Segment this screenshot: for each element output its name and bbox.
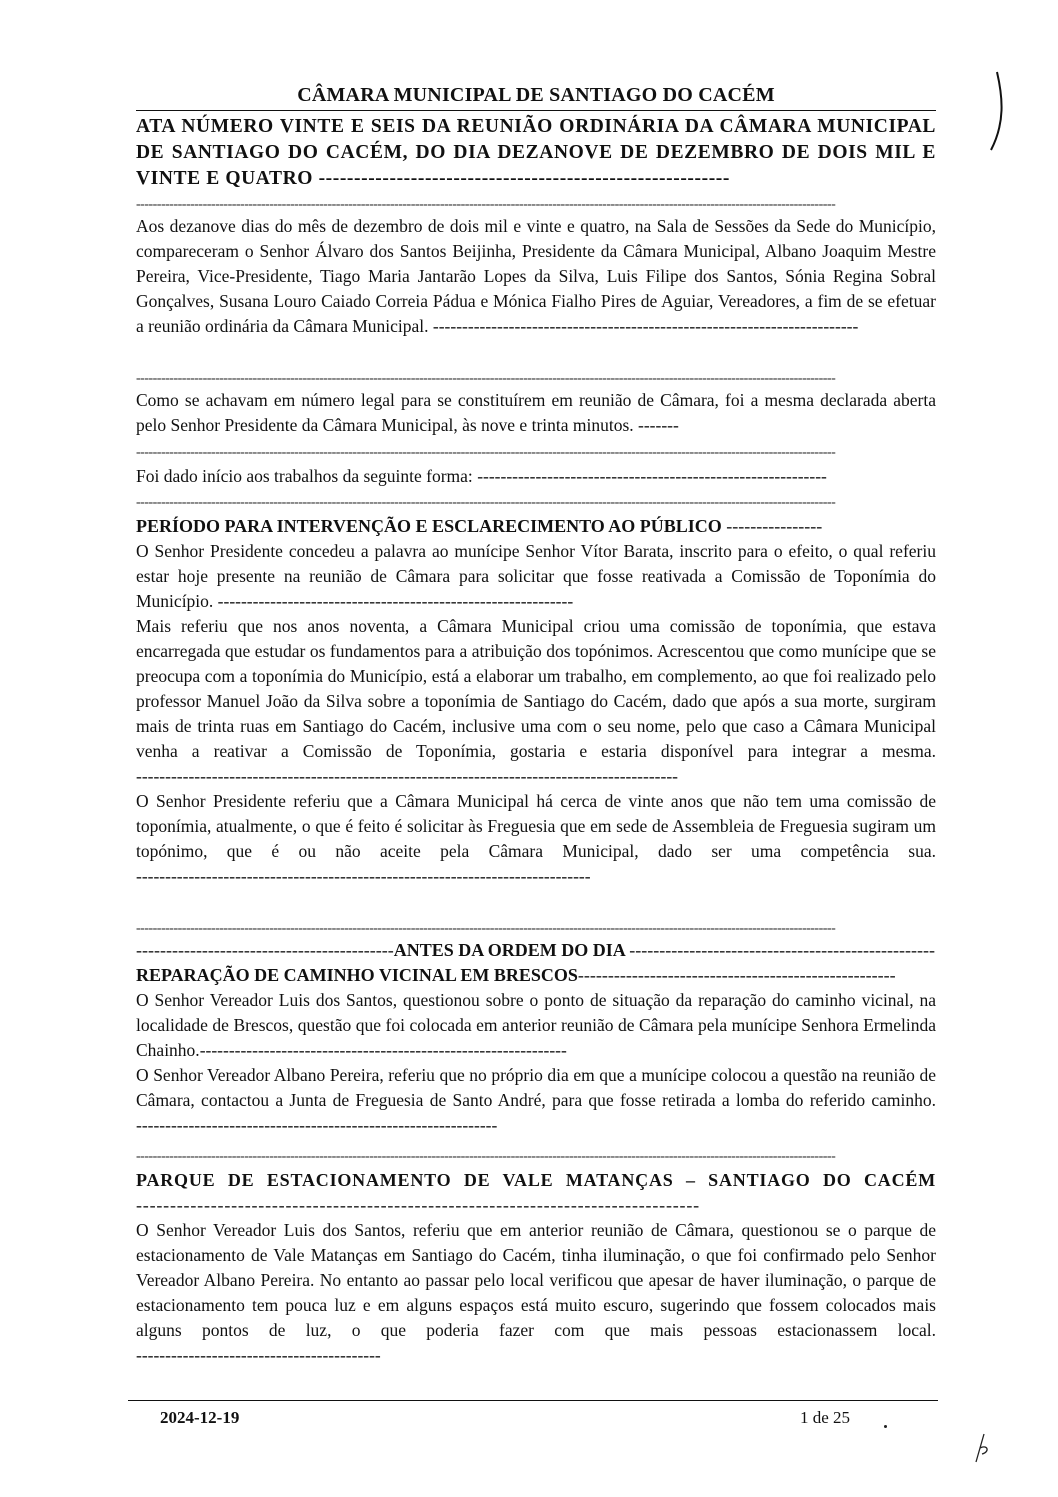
footer-date: 2024-12-19 [160, 1408, 239, 1428]
minutes-title: ATA NÚMERO VINTE E SEIS DA REUNIÃO ORDIN… [136, 114, 936, 192]
document-page: CÂMARA MUNICIPAL DE SANTIAGO DO CACÉM AT… [0, 0, 1058, 1497]
dash-fill: ----------------------------------------… [218, 591, 574, 611]
section-paragraph: O Senhor Vereador Luis dos Santos, refer… [136, 1220, 936, 1340]
dash-fill: ----------------------------------------… [136, 766, 678, 786]
section-brescos-road: REPARAÇÃO DE CAMINHO VICINAL EM BRESCOS-… [136, 963, 936, 1138]
section-vale-matancas-parking: PARQUE DE ESTACIONAMENTO DE VALE MATANÇA… [136, 1168, 936, 1368]
dash-fill: ----------------------------------------… [629, 940, 935, 960]
separator-dashes: ----------------------------------------… [136, 372, 936, 386]
dash-fill: ----------------------------------------… [578, 965, 896, 985]
dash-fill: ----------------------------------------… [136, 866, 591, 886]
dash-fill: ------- [638, 415, 679, 435]
section-heading: PARQUE DE ESTACIONAMENTO DE VALE MATANÇA… [136, 1170, 936, 1190]
section-heading: ANTES DA ORDEM DO DIA [394, 940, 625, 960]
header-rule [136, 110, 936, 111]
section-paragraph: O Senhor Presidente referiu que a Câmara… [136, 791, 936, 861]
dash-fill: ----------------------------------------… [319, 168, 730, 189]
section-heading: REPARAÇÃO DE CAMINHO VICINAL EM BRESCOS [136, 965, 578, 985]
dash-fill: ----------------------------------------… [136, 1195, 700, 1215]
section-paragraph: Mais referiu que nos anos noventa, a Câm… [136, 616, 936, 761]
footer-rule [128, 1400, 938, 1401]
dash-fill: ----------------------------------------… [136, 1115, 497, 1135]
separator-dashes: ----------------------------------------… [136, 446, 936, 460]
dash-fill: ----------------------------------------… [136, 1345, 381, 1365]
document-header: CÂMARA MUNICIPAL DE SANTIAGO DO CACÉM [136, 84, 936, 107]
dash-fill: ---------------- [726, 516, 822, 536]
quorum-paragraph: Como se achavam em número legal para se … [136, 388, 936, 438]
footer-page-number: 1 de 25 [800, 1408, 850, 1428]
initials-mark-icon [970, 1432, 992, 1466]
opening-paragraph: Aos dezanove dias do mês de dezembro de … [136, 214, 936, 339]
dash-fill: ----------------------------------------… [433, 316, 858, 336]
separator-dashes: ----------------------------------------… [136, 496, 936, 510]
section-paragraph: O Senhor Vereador Albano Pereira, referi… [136, 1065, 936, 1110]
section-public-intervention: PERÍODO PARA INTERVENÇÃO E ESCLARECIMENT… [136, 514, 936, 889]
dash-fill: ----------------------------------------… [200, 1040, 567, 1060]
separator-dashes: ----------------------------------------… [136, 1150, 936, 1164]
signature-mark-icon [985, 68, 1015, 158]
start-text: Foi dado início aos trabalhos da seguint… [136, 466, 473, 486]
separator-dashes: ----------------------------------------… [136, 198, 936, 212]
separator-dashes: ----------------------------------------… [136, 922, 936, 936]
quorum-text: Como se achavam em número legal para se … [136, 390, 936, 435]
section-before-agenda: ----------------------------------------… [136, 938, 936, 963]
start-paragraph: Foi dado início aos trabalhos da seguint… [136, 464, 936, 489]
stray-mark [884, 1425, 887, 1428]
dash-fill: ----------------------------------------… [477, 466, 827, 486]
section-heading: PERÍODO PARA INTERVENÇÃO E ESCLARECIMENT… [136, 516, 722, 536]
dash-fill: ----------------------------------------… [136, 940, 394, 960]
